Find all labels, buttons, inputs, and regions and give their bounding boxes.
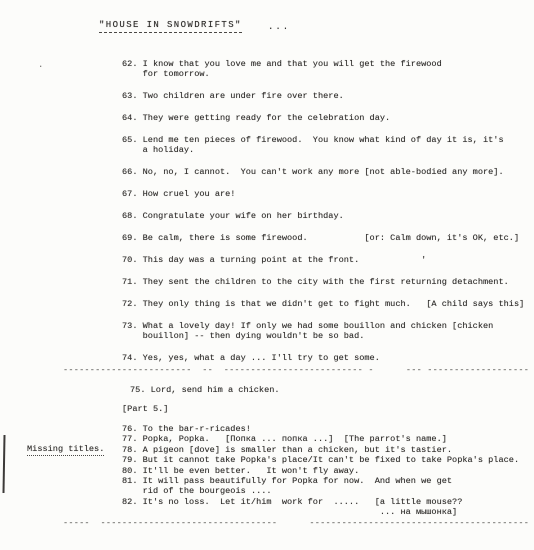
subtitle-line: 62. I know that you love me and that you…	[122, 59, 532, 79]
subtitle-line: 68. Congratulate your wife on her birthd…	[122, 211, 532, 221]
subtitle-line: 75. Lord, send him a chicken.	[130, 385, 430, 395]
pen-mark-vertical-line	[2, 435, 5, 493]
subtitle-line: 80. It'll be even better. It won't fly a…	[122, 466, 534, 476]
subtitle-line: 73. What a lovely day! If only we had so…	[122, 321, 532, 341]
subtitle-line: 76. To the bar-r-ricades!	[122, 424, 534, 434]
subtitle-line: 67. How cruel you are!	[122, 189, 532, 199]
subtitle-line: 78. A pigeon [dove] is smaller than a ch…	[122, 445, 534, 455]
subtitle-line: 64. They were getting ready for the cele…	[122, 113, 532, 123]
part-label: [Part 5.]	[122, 404, 168, 414]
subtitle-line: 72. They only thing is that we didn't ge…	[122, 299, 532, 309]
document-title: "HOUSE IN SNOWDRIFTS"	[99, 20, 242, 33]
section-separator-top: ------------------------ -- ------------…	[63, 365, 528, 375]
margin-note-missing-titles: Missing titles.	[27, 444, 104, 456]
subtitle-list-part5: 76. To the bar-r-ricades! 77. Popka, Pop…	[122, 424, 534, 518]
subtitle-line: 69. Be calm, there is some firewood. [or…	[122, 233, 532, 243]
subtitle-line: 81. It will pass beautifully for Popka f…	[122, 476, 534, 497]
section-separator-bottom: ----- --------------------------------- …	[63, 518, 528, 528]
scan-speck: .	[38, 60, 43, 70]
scanned-document-page: "HOUSE IN SNOWDRIFTS" ... . 62. I know t…	[0, 0, 534, 550]
subtitle-line: 79. But it cannot take Popka's place/It …	[122, 455, 534, 465]
subtitle-list-part4: 62. I know that you love me and that you…	[122, 59, 532, 375]
subtitle-line: 66. No, no, I cannot. You can't work any…	[122, 167, 532, 177]
subtitle-line: 63. Two children are under fire over the…	[122, 91, 532, 101]
subtitle-line: 74. Yes, yes, what a day ... I'll try to…	[122, 353, 532, 363]
title-trailing-dots: ...	[268, 22, 290, 32]
subtitle-line: 77. Popka, Popka. [Попка ... попка ...] …	[122, 434, 534, 444]
subtitle-line: 82. It's no loss. Let it/him work for ..…	[122, 497, 534, 518]
subtitle-line: 71. They sent the children to the city w…	[122, 277, 532, 287]
subtitle-line: 65. Lend me ten pieces of firewood. You …	[122, 135, 532, 155]
subtitle-line: 70. This day was a turning point at the …	[122, 255, 532, 265]
